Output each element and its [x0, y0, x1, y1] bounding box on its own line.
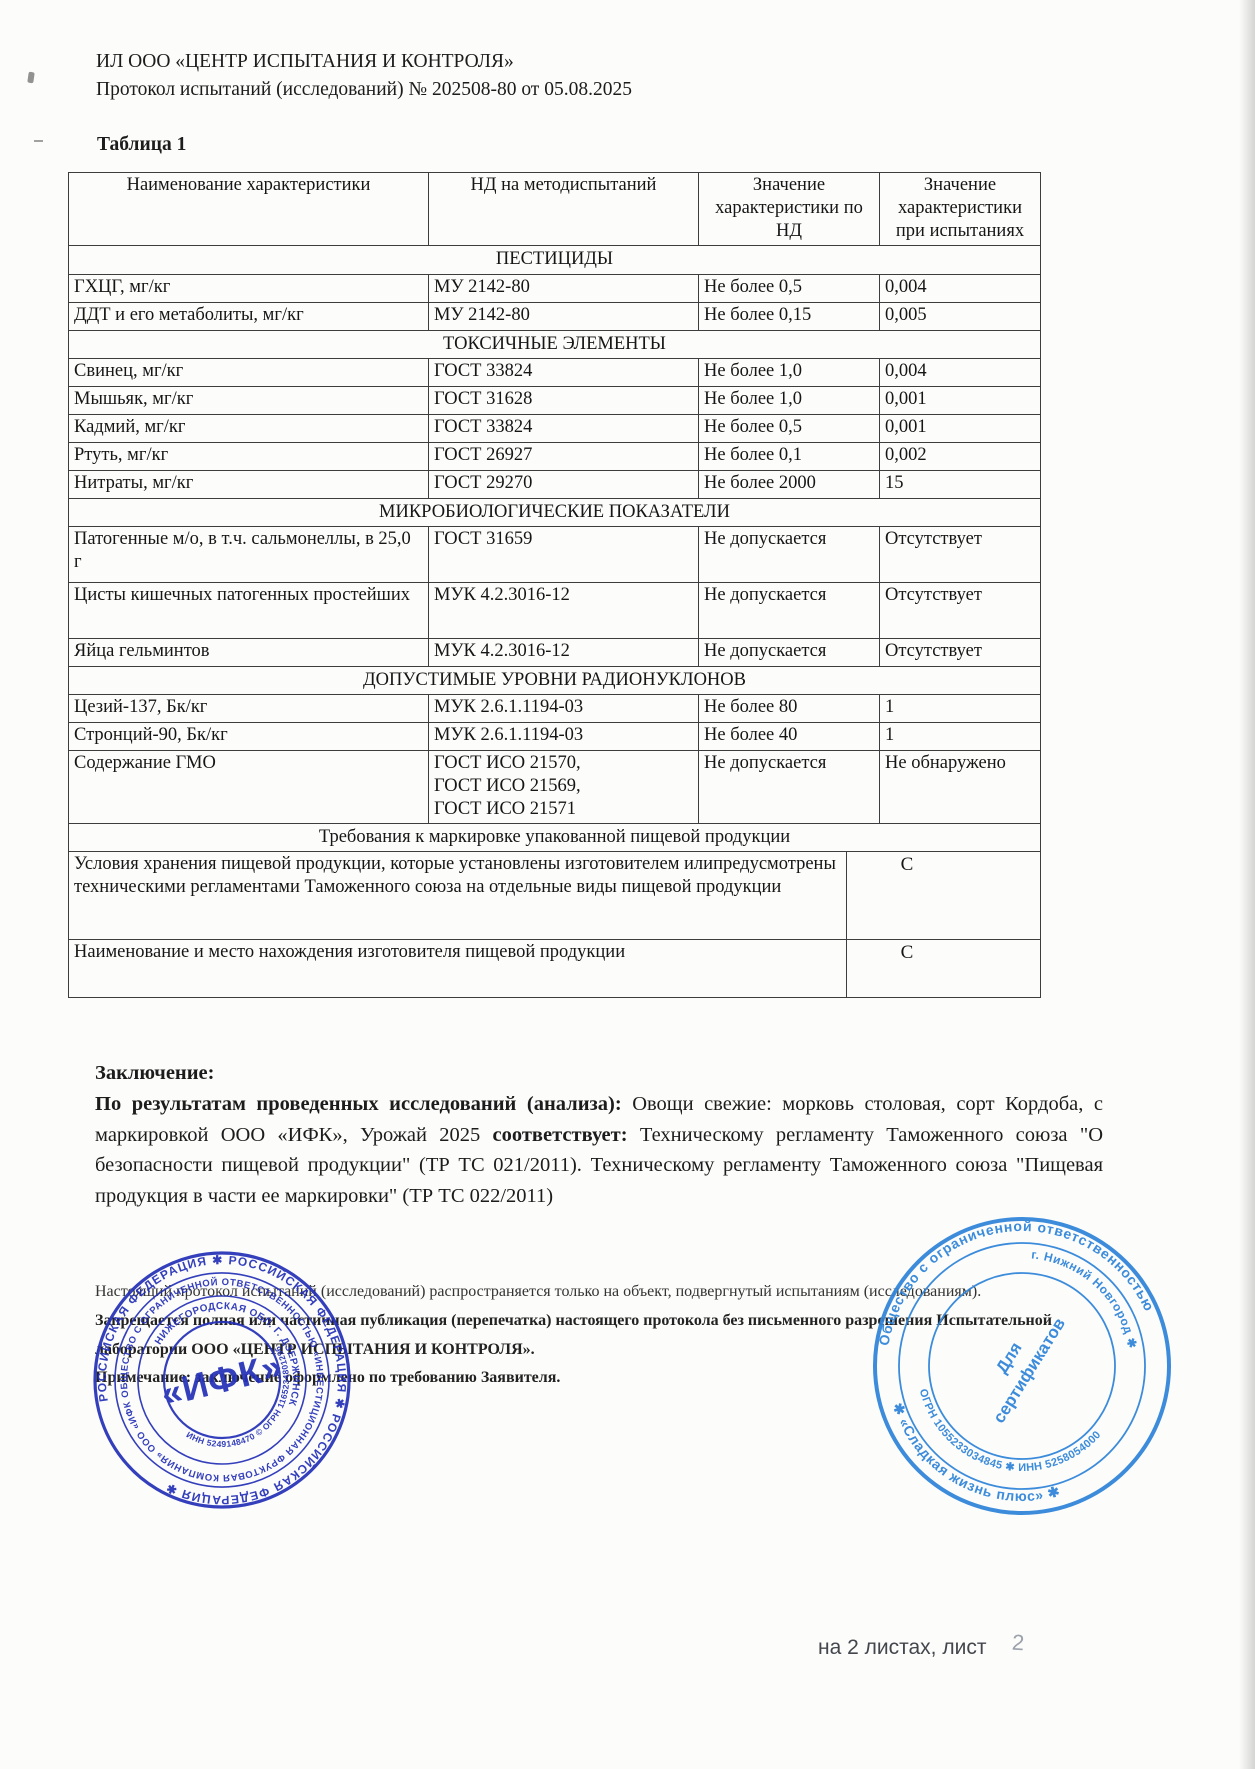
table-row: ДДТ и его метаболиты, мг/кг МУ 2142-80 Н… [69, 302, 1041, 330]
cell-characteristic: Кадмий, мг/кг [69, 414, 429, 442]
section-row: ДОПУСТИМЫЕ УРОВНИ РАДИОНУКЛОНОВ [69, 666, 1041, 694]
section-title-microbiology: МИКРОБИОЛОГИЧЕСКИЕ ПОКАЗАТЕЛИ [69, 498, 1041, 526]
table-row: Мышьяк, мг/кг ГОСТ 31628 Не более 1,0 0,… [69, 386, 1041, 414]
cell-method: ГОСТ 33824 [429, 358, 699, 386]
cell-marking-value: С [847, 851, 1041, 939]
section-title-toxic: ТОКСИЧНЫЕ ЭЛЕМЕНТЫ [69, 330, 1041, 358]
section-title-radionuclides: ДОПУСТИМЫЕ УРОВНИ РАДИОНУКЛОНОВ [69, 666, 1041, 694]
cell-method: ГОСТ 31628 [429, 386, 699, 414]
table-row: Цезий-137, Бк/кг МУК 2.6.1.1194-03 Не бо… [69, 694, 1041, 722]
cell-characteristic: Цезий-137, Бк/кг [69, 694, 429, 722]
conclusion-lead: По результатам проведенных исследований … [95, 1093, 622, 1115]
marking-section-title: Требования к маркировке упакованной пище… [69, 823, 1041, 851]
conclusion-heading: Заключение: [95, 1058, 1103, 1089]
table-row: Кадмий, мг/кг ГОСТ 33824 Не более 0,5 0,… [69, 414, 1041, 442]
table-row: Условия хранения пищевой продукции, кото… [69, 851, 1041, 939]
cell-result: 0,001 [880, 386, 1041, 414]
header-row: Наименование характеристики НД на методи… [69, 173, 1041, 246]
scan-artifact [27, 72, 34, 84]
cell-result: 0,004 [880, 358, 1041, 386]
note-scope: Настоящий протокол испытаний (исследован… [95, 1278, 1107, 1307]
cell-marking-requirement: Наименование и место нахождения изготови… [69, 939, 847, 997]
cell-characteristic: Патогенные м/о, в т.ч. сальмонеллы, в 25… [69, 526, 429, 582]
cell-method: ГОСТ 29270 [429, 470, 699, 498]
table-row: Свинец, мг/кг ГОСТ 33824 Не более 1,0 0,… [69, 358, 1041, 386]
section-row: МИКРОБИОЛОГИЧЕСКИЕ ПОКАЗАТЕЛИ [69, 498, 1041, 526]
column-header-method: НД на методиспытаний [429, 173, 699, 246]
szp-stamp-brand-text: ✱ «Сладкая жизнь плюс» ✱ [889, 1385, 1062, 1517]
cell-method: МУК 4.2.3016-12 [429, 638, 699, 666]
cell-norm: Не допускается [699, 526, 880, 582]
page-number: 2 [1011, 1630, 1027, 1657]
cell-method: МУК 2.6.1.1194-03 [429, 722, 699, 750]
cell-method: МУ 2142-80 [429, 302, 699, 330]
table-row: Яйца гельминтов МУК 4.2.3016-12 Не допус… [69, 638, 1041, 666]
footer-notes: Настоящий протокол испытаний (исследован… [95, 1278, 1107, 1393]
column-header-characteristic: Наименование характеристики [69, 173, 429, 246]
table-row: Ртуть, мг/кг ГОСТ 26927 Не более 0,1 0,0… [69, 442, 1041, 470]
cell-norm: Не более 1,0 [699, 358, 880, 386]
scan-edge-shadow [1239, 0, 1255, 1769]
table-row: Содержание ГМО ГОСТ ИСО 21570, ГОСТ ИСО … [69, 750, 1041, 823]
cell-marking-requirement: Условия хранения пищевой продукции, кото… [69, 851, 847, 939]
protocol-number-line: Протокол испытаний (исследований) № 2025… [96, 76, 632, 104]
cell-method: ГОСТ ИСО 21570, ГОСТ ИСО 21569, ГОСТ ИСО… [429, 750, 699, 823]
conclusion-block: Заключение: По результатам проведенных и… [95, 1058, 1103, 1212]
cell-characteristic: Яйца гельминтов [69, 638, 429, 666]
cell-norm: Не допускается [699, 582, 880, 638]
cell-result: 0,001 [880, 414, 1041, 442]
cell-marking-value: С [847, 939, 1041, 997]
cell-characteristic: Мышьяк, мг/кг [69, 386, 429, 414]
cell-result: 1 [880, 722, 1041, 750]
cell-result: 0,004 [880, 274, 1041, 302]
conclusion-corresponds: соответствует: [493, 1124, 628, 1146]
table-row: Стронций-90, Бк/кг МУК 2.6.1.1194-03 Не … [69, 722, 1041, 750]
section-title-pesticides: ПЕСТИЦИДЫ [69, 246, 1041, 274]
cell-result: Не обнаружено [880, 750, 1041, 823]
section-row: ПЕСТИЦИДЫ [69, 246, 1041, 274]
cell-characteristic: Содержание ГМО [69, 750, 429, 823]
document-header: ИЛ ООО «ЦЕНТР ИСПЫТАНИЯ И КОНТРОЛЯ» Прот… [96, 48, 632, 105]
sheet-count-note: на 2 листах, лист [818, 1636, 986, 1660]
cell-result: 1 [880, 694, 1041, 722]
results-table-wrap: Наименование характеристики НД на методи… [68, 172, 1040, 998]
column-header-result: Значение характеристики при испытаниях [880, 173, 1041, 246]
scanned-protocol-page: ИЛ ООО «ЦЕНТР ИСПЫТАНИЯ И КОНТРОЛЯ» Прот… [0, 0, 1255, 1769]
cell-result: 0,002 [880, 442, 1041, 470]
cell-characteristic: ДДТ и его метаболиты, мг/кг [69, 302, 429, 330]
cell-norm: Не более 80 [699, 694, 880, 722]
cell-norm: Не более 0,15 [699, 302, 880, 330]
scan-artifact [34, 140, 43, 142]
cell-characteristic: Свинец, мг/кг [69, 358, 429, 386]
cell-method: МУ 2142-80 [429, 274, 699, 302]
cell-characteristic: Цисты кишечных патогенных простейших [69, 582, 429, 638]
conclusion-text: По результатам проведенных исследований … [95, 1089, 1103, 1212]
cell-result: 0,005 [880, 302, 1041, 330]
cell-norm: Не более 0,5 [699, 274, 880, 302]
table-row: Наименование и место нахождения изготови… [69, 939, 1041, 997]
table-caption: Таблица 1 [97, 134, 186, 156]
table-row: Нитраты, мг/кг ГОСТ 29270 Не более 2000 … [69, 470, 1041, 498]
section-row: Требования к маркировке упакованной пище… [69, 823, 1041, 851]
cell-result: Отсутствует [880, 638, 1041, 666]
cell-characteristic: Ртуть, мг/кг [69, 442, 429, 470]
cell-characteristic: Стронций-90, Бк/кг [69, 722, 429, 750]
cell-result: Отсутствует [880, 526, 1041, 582]
cell-norm: Не более 2000 [699, 470, 880, 498]
cell-result: 15 [880, 470, 1041, 498]
table-row: Патогенные м/о, в т.ч. сальмонеллы, в 25… [69, 526, 1041, 582]
cell-norm: Не более 0,1 [699, 442, 880, 470]
cell-result: Отсутствует [880, 582, 1041, 638]
cell-norm: Не допускается [699, 638, 880, 666]
cell-norm: Не более 40 [699, 722, 880, 750]
section-row: ТОКСИЧНЫЕ ЭЛЕМЕНТЫ [69, 330, 1041, 358]
cell-norm: Не допускается [699, 750, 880, 823]
cell-norm: Не более 0,5 [699, 414, 880, 442]
cell-characteristic: Нитраты, мг/кг [69, 470, 429, 498]
results-table: Наименование характеристики НД на методи… [68, 172, 1041, 824]
cell-characteristic: ГХЦГ, мг/кг [69, 274, 429, 302]
lab-name: ИЛ ООО «ЦЕНТР ИСПЫТАНИЯ И КОНТРОЛЯ» [96, 48, 632, 76]
column-header-norm: Значение характеристики по НД [699, 173, 880, 246]
marking-requirements-table: Требования к маркировке упакованной пище… [68, 823, 1041, 998]
note-remark: Примечание: заключение оформлено по треб… [95, 1364, 1107, 1393]
cell-method: ГОСТ 33824 [429, 414, 699, 442]
cell-method: МУК 2.6.1.1194-03 [429, 694, 699, 722]
table-row: Цисты кишечных патогенных простейших МУК… [69, 582, 1041, 638]
note-copy-restriction: Запрещается полная или частичная публика… [95, 1307, 1107, 1365]
cell-norm: Не более 1,0 [699, 386, 880, 414]
cell-method: ГОСТ 26927 [429, 442, 699, 470]
cell-method: МУК 4.2.3016-12 [429, 582, 699, 638]
table-row: ГХЦГ, мг/кг МУ 2142-80 Не более 0,5 0,00… [69, 274, 1041, 302]
cell-method: ГОСТ 31659 [429, 526, 699, 582]
